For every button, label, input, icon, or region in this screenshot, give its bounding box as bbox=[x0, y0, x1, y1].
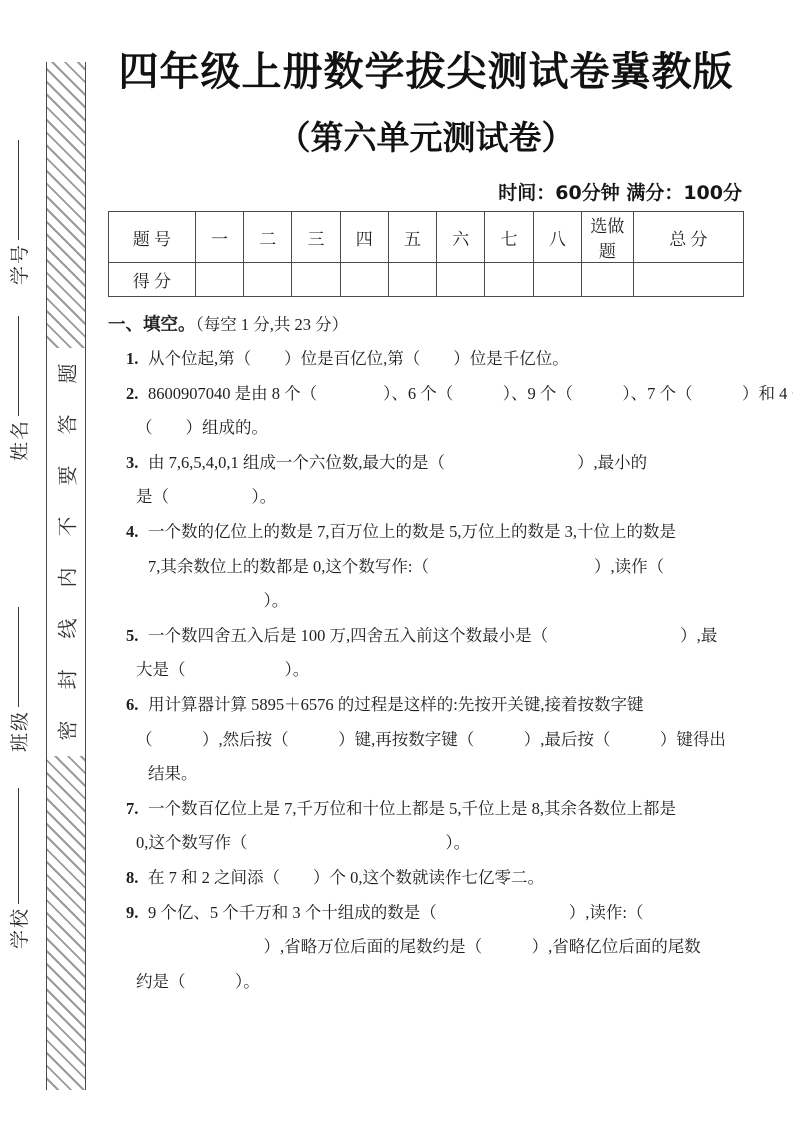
question-1-text: 从个位起,第（ ）位是百亿位,第（ ）位是千亿位。 bbox=[148, 349, 569, 368]
question-2-text: 8600907040 是由 8 个（ ）、6 个（ ）、9 个（ ）、7 个（ … bbox=[148, 384, 793, 403]
question-8-text: 在 7 和 2 之间添（ ）个 0,这个数就读作七亿零二。 bbox=[148, 868, 544, 887]
question-5-text: 一个数四舍五入后是 100 万,四舍五入前这个数最小是（ ）,最 bbox=[148, 626, 717, 645]
question-3-number: 3. bbox=[126, 446, 148, 481]
score-cell bbox=[388, 263, 436, 297]
seal-char-xian: 线 bbox=[47, 603, 85, 654]
header-col-8: 八 bbox=[533, 212, 581, 263]
score-table: 题 号 一 二 三 四 五 六 七 八 选做题 总 分 得 分 bbox=[108, 211, 744, 297]
question-1-number: 1. bbox=[126, 342, 148, 377]
student-id-label: 学号 bbox=[5, 243, 32, 285]
question-5-number: 5. bbox=[126, 619, 148, 654]
question-5: 5.一个数四舍五入后是 100 万,四舍五入前这个数最小是（ ）,最 bbox=[108, 619, 744, 654]
header-col-2: 二 bbox=[244, 212, 292, 263]
paper-content: 四年级上册数学拔尖测试卷冀教版 （第六单元测试卷） 时间：60分钟 满分：100… bbox=[108, 0, 744, 999]
score-cell bbox=[485, 263, 533, 297]
section-title: 一、填空。 bbox=[108, 314, 196, 334]
question-6-text: 用计算器计算 5895＋6576 的过程是这样的:先按开关键,接着按数字键 bbox=[148, 695, 643, 714]
score-cell bbox=[340, 263, 388, 297]
question-3-text: 由 7,6,5,4,0,1 组成一个六位数,最大的是（ ）,最小的 bbox=[148, 453, 647, 472]
seal-char-bu: 不 bbox=[47, 501, 85, 552]
section-note: （每空 1 分,共 23 分） bbox=[196, 315, 349, 334]
student-id-blank-line bbox=[17, 140, 19, 240]
score-cell bbox=[437, 263, 485, 297]
question-4-number: 4. bbox=[126, 515, 148, 550]
question-9-number: 9. bbox=[126, 896, 148, 931]
paper-title: 四年级上册数学拔尖测试卷冀教版 bbox=[108, 50, 744, 94]
header-col-7: 七 bbox=[485, 212, 533, 263]
seal-char-da: 答 bbox=[47, 399, 85, 450]
seal-char-feng: 封 bbox=[47, 654, 85, 705]
header-total: 总 分 bbox=[633, 212, 743, 263]
question-5-line-2: 大是（ ）。 bbox=[108, 653, 744, 688]
paper-subtitle: （第六单元测试卷） bbox=[108, 120, 744, 156]
seal-char-yao: 要 bbox=[47, 450, 85, 501]
question-list: 1.从个位起,第（ ）位是百亿位,第（ ）位是千亿位。 2.8600907040… bbox=[108, 342, 744, 999]
header-col-5: 五 bbox=[388, 212, 436, 263]
question-9-line-3: 约是（ ）。 bbox=[108, 965, 744, 1000]
question-2: 2.8600907040 是由 8 个（ ）、6 个（ ）、9 个（ ）、7 个… bbox=[108, 377, 744, 412]
question-6: 6.用计算器计算 5895＋6576 的过程是这样的:先按开关键,接着按数字键 bbox=[108, 688, 744, 723]
score-table-header-row: 题 号 一 二 三 四 五 六 七 八 选做题 总 分 bbox=[109, 212, 744, 263]
question-3: 3.由 7,6,5,4,0,1 组成一个六位数,最大的是（ ）,最小的 bbox=[108, 446, 744, 481]
student-name-label: 姓名 bbox=[5, 419, 32, 461]
header-col-4: 四 bbox=[340, 212, 388, 263]
question-4-text: 一个数的亿位上的数是 7,百万位上的数是 5,万位上的数是 3,十位上的数是 bbox=[148, 522, 676, 541]
test-paper-page: 学号 姓名 班级 学校 题 答 要 不 内 线 封 密 四年级上册数学拔尖测试卷… bbox=[0, 0, 793, 1122]
question-8-number: 8. bbox=[126, 861, 148, 896]
student-name-field: 姓名 bbox=[5, 311, 31, 461]
question-3-line-2: 是（ ）。 bbox=[108, 480, 744, 515]
class-blank-line bbox=[17, 607, 19, 707]
question-6-line-3: 结果。 bbox=[108, 757, 744, 792]
section-heading: 一、填空。（每空 1 分,共 23 分） bbox=[108, 309, 744, 340]
question-6-number: 6. bbox=[126, 688, 148, 723]
score-cell bbox=[244, 263, 292, 297]
header-optional: 选做题 bbox=[581, 212, 633, 263]
class-label: 班级 bbox=[5, 710, 32, 752]
header-col-3: 三 bbox=[292, 212, 340, 263]
hatch-pattern-top bbox=[47, 62, 85, 348]
question-9: 9.9 个亿、5 个千万和 3 个十组成的数是（ ）,读作:（ bbox=[108, 896, 744, 931]
score-table-score-row: 得 分 bbox=[109, 263, 744, 297]
school-label: 学校 bbox=[5, 907, 32, 949]
question-4: 4.一个数的亿位上的数是 7,百万位上的数是 5,万位上的数是 3,十位上的数是 bbox=[108, 515, 744, 550]
question-9-text: 9 个亿、5 个千万和 3 个十组成的数是（ ）,读作:（ bbox=[148, 903, 643, 922]
score-cell bbox=[533, 263, 581, 297]
question-8: 8.在 7 和 2 之间添（ ）个 0,这个数就读作七亿零二。 bbox=[108, 861, 744, 896]
student-id-field: 学号 bbox=[5, 135, 31, 285]
question-2-line-2: （ ）组成的。 bbox=[108, 411, 744, 446]
class-field: 班级 bbox=[5, 598, 31, 752]
student-name-blank-line bbox=[17, 316, 19, 416]
question-7: 7.一个数百亿位上是 7,千万位和十位上都是 5,千位上是 8,其余各数位上都是 bbox=[108, 792, 744, 827]
header-col-1: 一 bbox=[195, 212, 243, 263]
hatch-pattern-bottom bbox=[47, 756, 85, 1090]
question-9-line-2: ）,省略万位后面的尾数约是（ ）,省略亿位后面的尾数 bbox=[108, 930, 744, 965]
score-cell bbox=[633, 263, 743, 297]
question-1: 1.从个位起,第（ ）位是百亿位,第（ ）位是千亿位。 bbox=[108, 342, 744, 377]
question-7-line-2: 0,这个数写作（ ）。 bbox=[108, 826, 744, 861]
school-field: 学校 bbox=[5, 777, 31, 949]
question-6-line-2: （ ）,然后按（ ）键,再按数字键（ ）,最后按（ ）键得出 bbox=[108, 723, 744, 758]
score-cell bbox=[292, 263, 340, 297]
header-col-6: 六 bbox=[437, 212, 485, 263]
header-question-number: 题 号 bbox=[109, 212, 196, 263]
question-2-number: 2. bbox=[126, 377, 148, 412]
question-4-line-2: 7,其余数位上的数都是 0,这个数写作:（ ）,读作（ bbox=[108, 550, 744, 585]
score-row-label: 得 分 bbox=[109, 263, 196, 297]
seal-char-mi: 密 bbox=[47, 705, 85, 756]
sealing-line-strip: 题 答 要 不 内 线 封 密 bbox=[46, 62, 86, 1090]
question-4-line-3: ）。 bbox=[108, 584, 744, 619]
question-7-number: 7. bbox=[126, 792, 148, 827]
question-7-text: 一个数百亿位上是 7,千万位和十位上都是 5,千位上是 8,其余各数位上都是 bbox=[148, 799, 676, 818]
score-cell bbox=[195, 263, 243, 297]
time-score-info: 时间：60分钟 满分：100分 bbox=[108, 178, 744, 205]
school-blank-line bbox=[17, 788, 19, 904]
seal-char-nei: 内 bbox=[47, 552, 85, 603]
seal-char-ti: 题 bbox=[47, 348, 85, 399]
score-cell bbox=[581, 263, 633, 297]
